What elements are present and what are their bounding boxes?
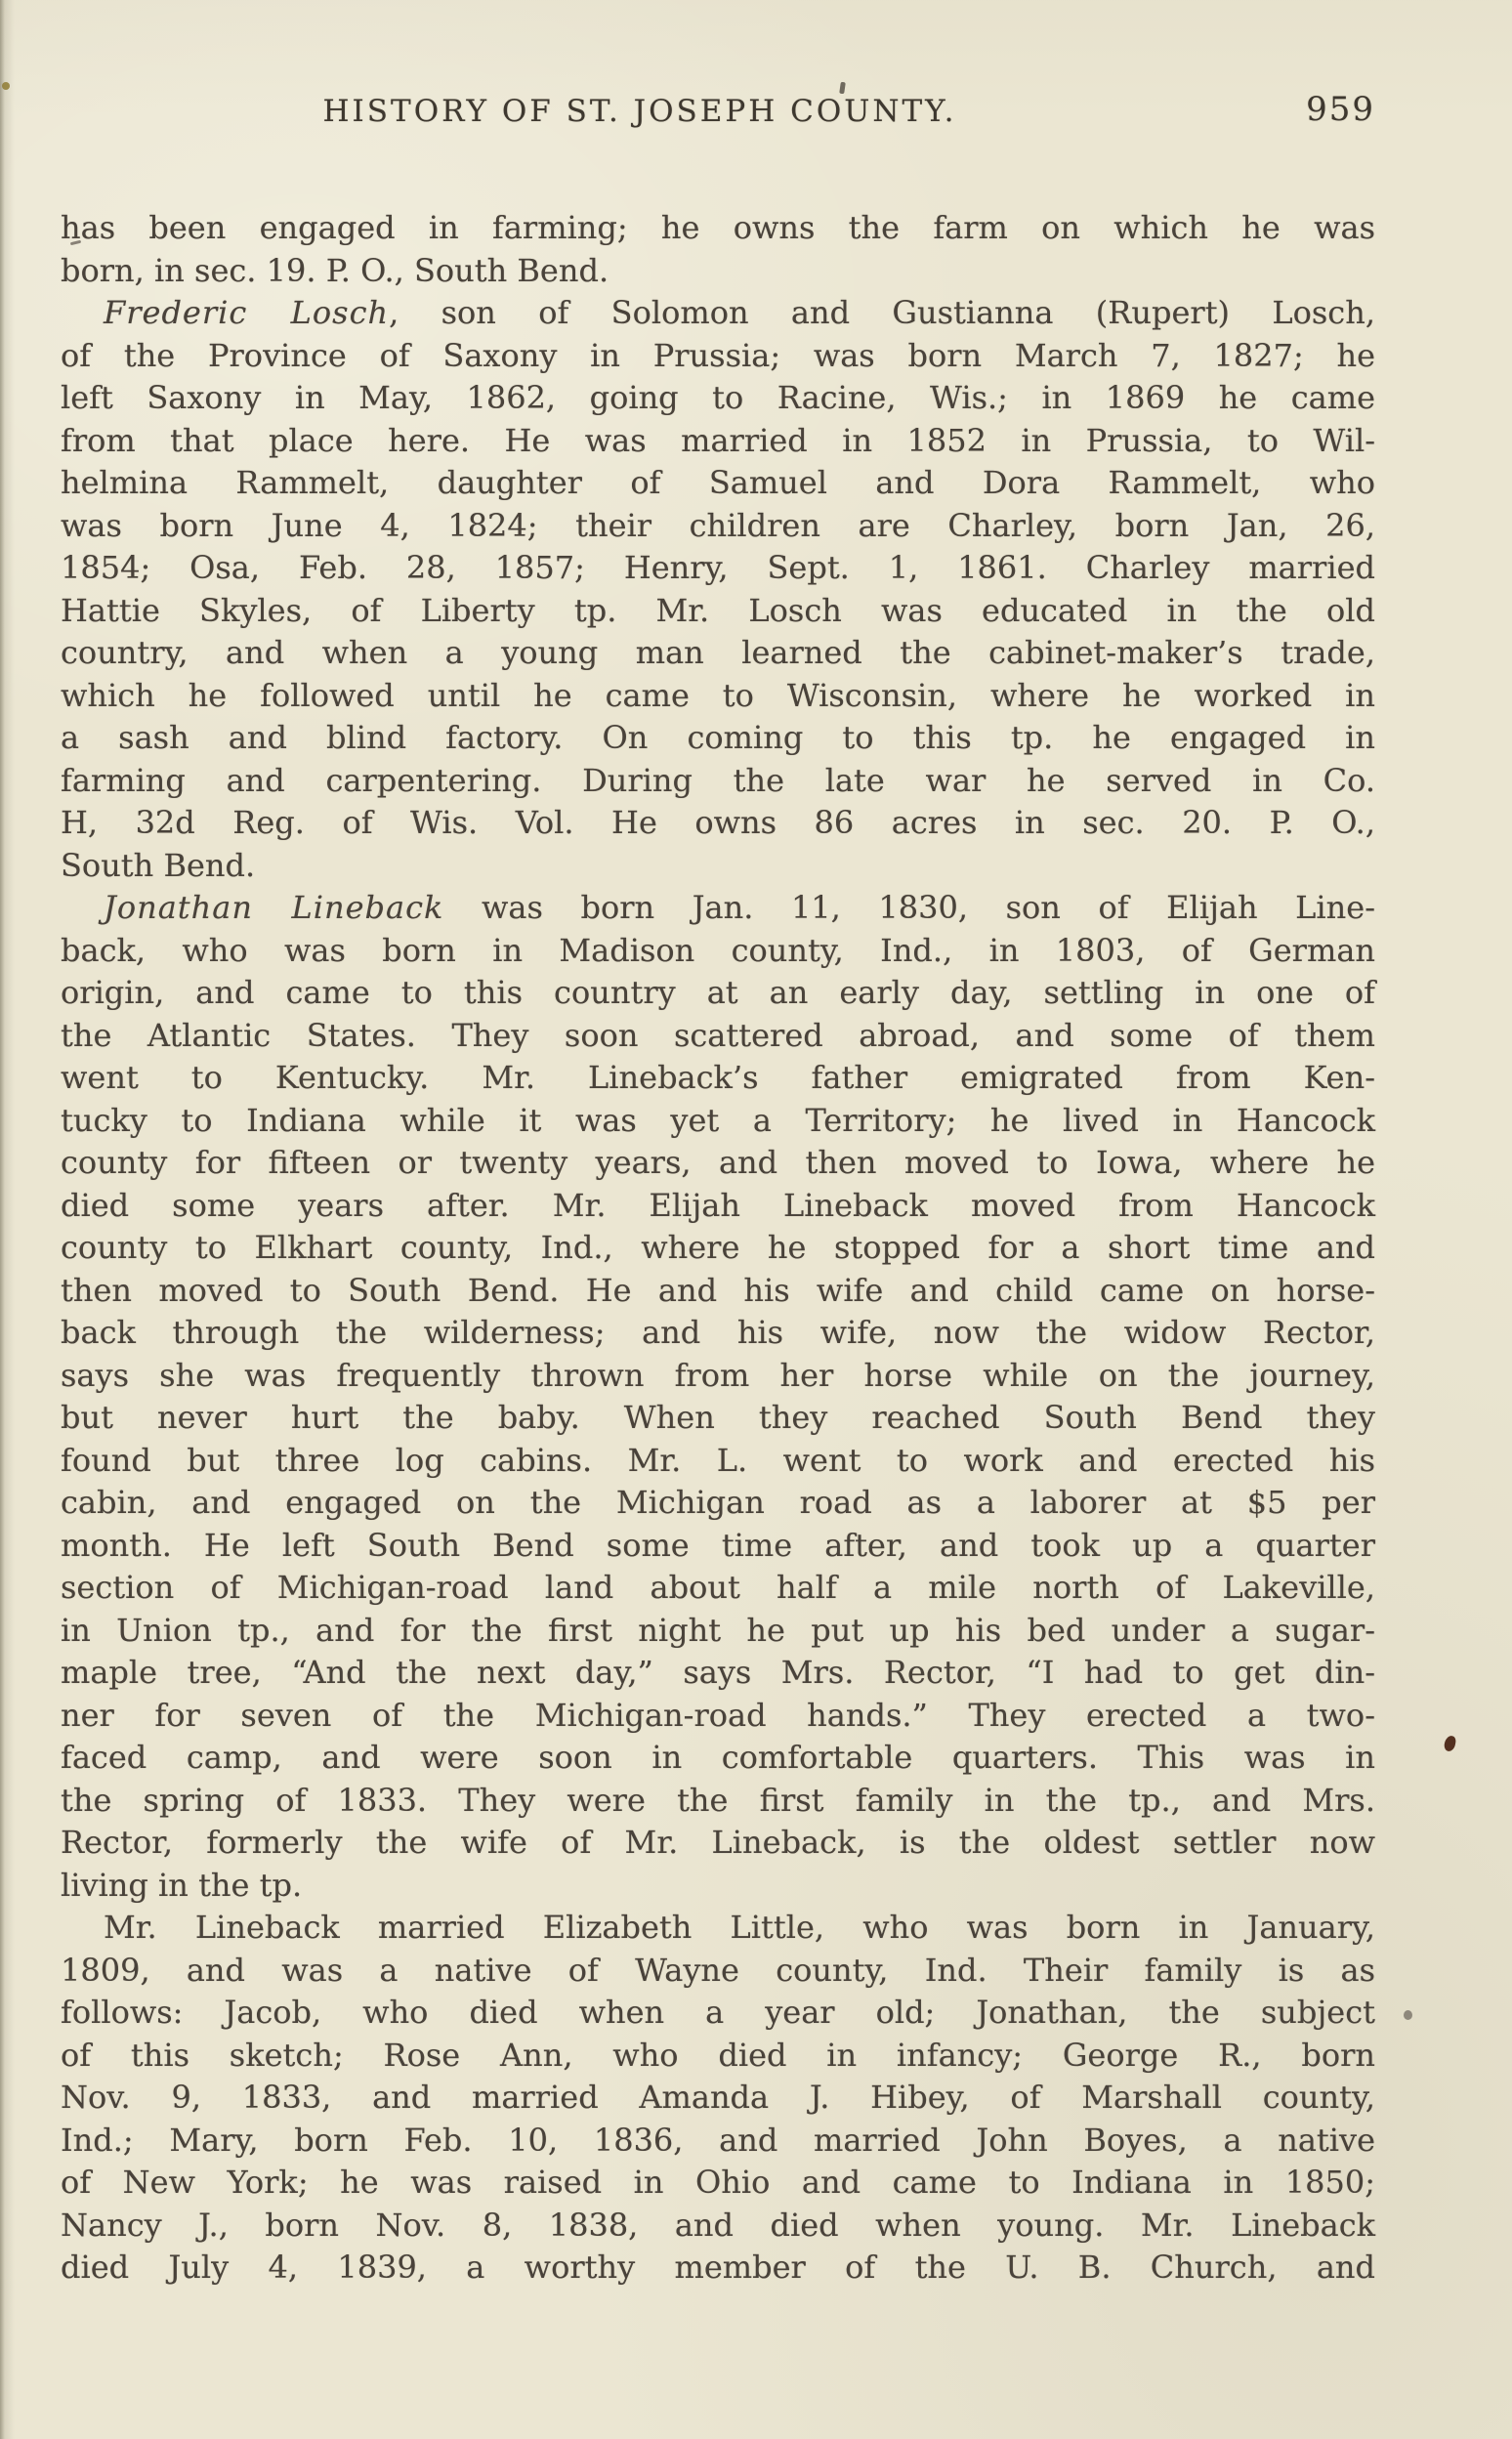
text-line: back through the wilderness; and his wif…: [61, 1312, 1375, 1355]
text-line: Nancy J., born Nov. 8, 1838, and died wh…: [61, 2205, 1375, 2248]
scanned-book-page: HISTORY OF ST. JOSEPH COUNTY. 959 has be…: [0, 0, 1512, 2439]
text-line: was born June 4, 1824; their children ar…: [61, 505, 1375, 548]
text-line: Frederic Losch, son of Solomon and Gusti…: [61, 292, 1375, 335]
text-line: Ind.; Mary, born Feb. 10, 1836, and marr…: [61, 2120, 1375, 2163]
person-name-italic: Jonathan Lineback: [104, 889, 443, 926]
text-line: county to Elkhart county, Ind., where he…: [61, 1227, 1375, 1270]
text-line: Nov. 9, 1833, and married Amanda J. Hibe…: [61, 2077, 1375, 2120]
text-line: Jonathan Lineback was born Jan. 11, 1830…: [61, 887, 1375, 930]
text-line: left Saxony in May, 1862, going to Racin…: [61, 377, 1375, 420]
text-line: of this sketch; Rose Ann, who died in in…: [61, 2035, 1375, 2078]
text-line: helmina Rammelt, daughter of Samuel and …: [61, 462, 1375, 505]
text-line: section of Michigan-road land about half…: [61, 1567, 1375, 1610]
paper-speck: [2, 82, 10, 90]
text-line: went to Kentucky. Mr. Lineback’s father …: [61, 1057, 1375, 1100]
running-title: HISTORY OF ST. JOSEPH COUNTY.: [0, 94, 1297, 129]
paragraph-lineback-family: Mr. Lineback married Elizabeth Little, w…: [61, 1907, 1375, 2290]
text-line: faced camp, and were soon in comfortable…: [61, 1737, 1375, 1780]
text-line: the spring of 1833. They were the first …: [61, 1780, 1375, 1823]
paper-speck: [1404, 2010, 1412, 2020]
text-line: died July 4, 1839, a worthy member of th…: [61, 2247, 1375, 2290]
text-line: which he followed until he came to Wisco…: [61, 675, 1375, 718]
text-line: living in the tp.: [61, 1865, 1375, 1908]
text-line: H, 32d Reg. of Wis. Vol. He owns 86 acre…: [61, 802, 1375, 845]
text-line: cabin, and engaged on the Michigan road …: [61, 1482, 1375, 1525]
text-line: farming and carpentering. During the lat…: [61, 760, 1375, 803]
text-line: of the Province of Saxony in Prussia; wa…: [61, 335, 1375, 378]
text-line: the Atlantic States. They soon scattered…: [61, 1015, 1375, 1058]
text-line: follows: Jacob, who died when a year old…: [61, 1992, 1375, 2035]
text-line: of New York; he was raised in Ohio and c…: [61, 2162, 1375, 2205]
paragraph-frederic-losch: Frederic Losch, son of Solomon and Gusti…: [61, 292, 1375, 887]
text-line: died some years after. Mr. Elijah Lineba…: [61, 1185, 1375, 1228]
text-line: back, who was born in Madison county, In…: [61, 930, 1375, 973]
text-line: but never hurt the baby. When they reach…: [61, 1397, 1375, 1440]
paragraph-continuation: has been engaged in farming; he owns the…: [61, 207, 1375, 292]
text-line: says she was frequently thrown from her …: [61, 1355, 1375, 1398]
text-line: a sash and blind factory. On coming to t…: [61, 717, 1375, 760]
text-line: month. He left South Bend some time afte…: [61, 1525, 1375, 1568]
text-line: county for fifteen or twenty years, and …: [61, 1142, 1375, 1185]
text-line: South Bend.: [61, 845, 1375, 888]
text-line: Mr. Lineback married Elizabeth Little, w…: [61, 1907, 1375, 1950]
paper-speck: [1444, 1735, 1457, 1752]
text-line: origin, and came to this country at an e…: [61, 972, 1375, 1015]
page-body: has been engaged in farming; he owns the…: [61, 207, 1375, 2290]
text-line: then moved to South Bend. He and his wif…: [61, 1270, 1375, 1313]
text-line: found but three log cabins. Mr. L. went …: [61, 1440, 1375, 1483]
text-line: 1809, and was a native of Wayne county, …: [61, 1950, 1375, 1993]
text-line: tucky to Indiana while it was yet a Terr…: [61, 1100, 1375, 1143]
text-line: born, in sec. 19. P. O., South Bend.: [61, 250, 1375, 293]
text-line: 1854; Osa, Feb. 28, 1857; Henry, Sept. 1…: [61, 547, 1375, 590]
text-line: Rector, formerly the wife of Mr. Linebac…: [61, 1822, 1375, 1865]
page-number: 959: [1306, 90, 1375, 129]
person-name-italic: Frederic Losch: [104, 294, 389, 331]
text-line: ner for seven of the Michigan-road hands…: [61, 1695, 1375, 1738]
text-line: maple tree, “And the next day,” says Mrs…: [61, 1652, 1375, 1695]
text-line: Hattie Skyles, of Liberty tp. Mr. Losch …: [61, 590, 1375, 633]
text-line: country, and when a young man learned th…: [61, 632, 1375, 675]
page-header: HISTORY OF ST. JOSEPH COUNTY. 959: [61, 90, 1375, 137]
text-line: in Union tp., and for the first night he…: [61, 1610, 1375, 1653]
text-line: has been engaged in farming; he owns the…: [61, 207, 1375, 250]
text-line: from that place here. He was married in …: [61, 420, 1375, 463]
paragraph-jonathan-lineback: Jonathan Lineback was born Jan. 11, 1830…: [61, 887, 1375, 1907]
